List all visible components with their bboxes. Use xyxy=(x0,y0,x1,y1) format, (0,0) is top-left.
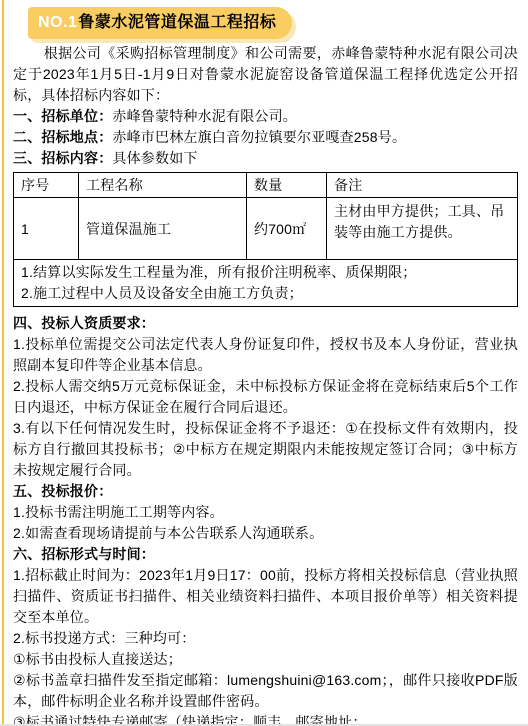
delivery-method-email: ②标书盖章扫描件发至指定邮箱：lumengshuini@163.com；，邮件只… xyxy=(13,670,518,712)
tender-unit-value: 赤峰鲁蒙特种水泥有限公司。 xyxy=(112,108,297,124)
cell-quantity: 约700㎡ xyxy=(247,198,327,260)
tender-parameters-table: 序号 工程名称 数量 备注 1 管道保温施工 约700㎡ 主材由甲方提供；工具、… xyxy=(13,172,518,307)
table-header-project-name: 工程名称 xyxy=(79,173,247,198)
page-title: 鲁蒙水泥管道保温工程招标 xyxy=(78,14,276,31)
section-tender-form-time: 六、招标形式与时间： 1.招标截止时间为：2023年1月9日17：00前，投标方… xyxy=(13,544,518,726)
table-header-row: 序号 工程名称 数量 备注 xyxy=(14,173,518,198)
qualification-item-2: 2.投标人需交纳5万元竞标保证金，未中标投标方保证金将在竞标结束后5个工作日内退… xyxy=(13,376,518,418)
tender-location-label: 二、招标地点： xyxy=(13,129,112,145)
quotation-item-2: 2.如需查看现场请提前与本公告联系人沟通联系。 xyxy=(13,523,518,544)
left-accent-bar xyxy=(2,0,4,726)
table-notes-cell: 1.结算以实际发生工程量为准，所有报价注明税率、质保期限； 2.施工过程中人员及… xyxy=(14,260,518,307)
tender-content-value: 具体参数如下 xyxy=(112,150,197,166)
tender-unit-line: 一、招标单位：赤峰鲁蒙特种水泥有限公司。 xyxy=(13,106,518,127)
delivery-method-direct: ①标书由投标人直接送达； xyxy=(13,649,518,670)
section-bid-quotation: 五、投标报价： 1.投标书需注明施工工期等内容。 2.如需查看现场请提前与本公告… xyxy=(13,481,518,544)
table-header-quantity: 数量 xyxy=(247,173,327,198)
tender-location-line: 二、招标地点：赤峰市巴林左旗白音勿拉镇要尔亚嘎查258号。 xyxy=(13,127,518,148)
quotation-item-1: 1.投标书需注明施工工期等内容。 xyxy=(13,502,518,523)
cell-seq: 1 xyxy=(14,198,79,260)
article-content: NO.1鲁蒙水泥管道保温工程招标 根据公司《采购招标管理制度》和公司需要，赤峰鲁… xyxy=(0,0,528,726)
table-header-remark: 备注 xyxy=(327,173,518,198)
intro-paragraph: 根据公司《采购招标管理制度》和公司需要，赤峰鲁蒙特种水泥有限公司决定于2023年… xyxy=(13,43,518,106)
tender-unit-label: 一、招标单位： xyxy=(13,108,112,124)
table-notes-row: 1.结算以实际发生工程量为准，所有报价注明税率、质保期限； 2.施工过程中人员及… xyxy=(14,260,518,307)
qualification-item-3: 3.有以下任何情况发生时，投标保证金将不予退还：①在投标文件有效期内，投标方自行… xyxy=(13,418,518,481)
section-quotation-heading: 五、投标报价： xyxy=(13,481,518,502)
table-header-seq: 序号 xyxy=(14,173,79,198)
table-row: 1 管道保温施工 约700㎡ 主材由甲方提供；工具、吊装等由施工方提供。 xyxy=(14,198,518,260)
tender-content-label: 三、招标内容： xyxy=(13,150,112,166)
tender-location-value: 赤峰市巴林左旗白音勿拉镇要尔亚嘎查258号。 xyxy=(112,129,406,145)
section-form-time-heading: 六、招标形式与时间： xyxy=(13,544,518,565)
section-bidder-qualifications: 四、投标人资质要求： 1.投标单位需提交公司法定代表人身份证复印件，授权书及本人… xyxy=(13,313,518,481)
title-badge: NO.1鲁蒙水泥管道保温工程招标 xyxy=(28,7,292,39)
table-note-2: 2.施工过程中人员及设备安全由施工方负责； xyxy=(21,283,510,304)
qualification-item-1: 1.投标单位需提交公司法定代表人身份证复印件，授权书及本人身份证，营业执照副本复… xyxy=(13,334,518,376)
form-time-item-deadline: 1.招标截止时间为：2023年1月9日17：00前，投标方将相关投标信息（营业执… xyxy=(13,565,518,628)
tender-content-line: 三、招标内容：具体参数如下 xyxy=(13,148,518,169)
cell-remark: 主材由甲方提供；工具、吊装等由施工方提供。 xyxy=(327,198,518,260)
tender-announcement-page: NO.1鲁蒙水泥管道保温工程招标 根据公司《采购招标管理制度》和公司需要，赤峰鲁… xyxy=(0,0,528,726)
badge-number: NO.1 xyxy=(38,14,77,31)
form-time-item-delivery-methods: 2.标书投递方式：三种均可： xyxy=(13,628,518,649)
section-qualifications-heading: 四、投标人资质要求： xyxy=(13,313,518,334)
cell-project-name: 管道保温施工 xyxy=(79,198,247,260)
table-note-1: 1.结算以实际发生工程量为准，所有报价注明税率、质保期限； xyxy=(21,262,510,283)
